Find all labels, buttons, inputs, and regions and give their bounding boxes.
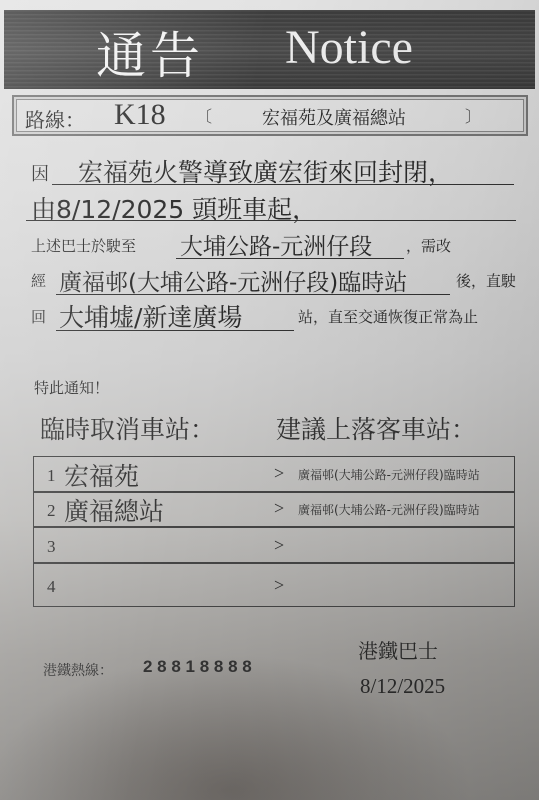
row-4-number: 4 <box>47 577 56 597</box>
line2-underline <box>26 220 516 221</box>
notice-title-zh: 通告 <box>96 16 204 88</box>
line5-location: 大埔墟/新達廣場 <box>59 298 242 334</box>
notice-header-bar <box>4 10 535 89</box>
line4-suffix: 後，直駛 <box>456 270 516 291</box>
line4-prefix: 經 <box>31 270 46 291</box>
row-1-number: 1 <box>47 466 56 486</box>
row-4-arrow: > <box>274 575 284 596</box>
line1-prefix: 因 <box>31 160 49 186</box>
line3-suffix: ，需改 <box>406 235 451 256</box>
line5-prefix: 回 <box>31 306 46 327</box>
route-destination: 宏福苑及廣福總站 <box>262 104 406 130</box>
line3-prefix: 上述巴士於駛至 <box>31 235 136 256</box>
hotline-label: 港鐵熱線： <box>43 660 113 680</box>
row-2-alternative-stop: 廣福邨(大埔公路-元洲仔段)臨時站 <box>298 501 480 518</box>
cancelled-stops-heading: 臨時取消車站： <box>40 410 215 446</box>
route-bracket-close: 〕 <box>465 104 481 127</box>
line4-location: 廣福邨(大埔公路-元洲仔段)臨時站 <box>59 264 407 297</box>
row-divider <box>33 562 515 564</box>
row-2-arrow: > <box>274 498 284 519</box>
row-1-cancelled-stop: 宏福苑 <box>64 457 139 493</box>
line4-underline <box>56 294 450 295</box>
route-number: K18 <box>114 98 166 132</box>
route-label: 路線： <box>25 104 85 133</box>
notice-title-en: Notice <box>285 20 413 75</box>
line5-underline <box>56 330 294 331</box>
route-bracket-open: 〔 <box>196 104 212 127</box>
row-2-number: 2 <box>47 501 56 521</box>
line3-underline <box>176 258 404 259</box>
issuer-name: 港鐵巴士 <box>358 635 438 664</box>
issue-date: 8/12/2025 <box>360 674 445 699</box>
row-1-alternative-stop: 廣福邨(大埔公路-元洲仔段)臨時站 <box>298 466 480 483</box>
notice-closing: 特此通知！ <box>34 377 109 398</box>
row-2-cancelled-stop: 廣福總站 <box>64 492 164 528</box>
row-3-number: 3 <box>47 537 56 557</box>
row-3-arrow: > <box>274 535 284 556</box>
line5-suffix: 站，直至交通恢復正常為止 <box>298 306 478 327</box>
hotline-number: 2 8 8 1 8 8 8 8 <box>143 657 252 677</box>
suggested-stops-heading: 建議上落客車站： <box>276 410 476 446</box>
line3-location: 大埔公路-元洲仔段 <box>180 228 372 261</box>
line1-underline <box>52 184 514 185</box>
row-1-arrow: > <box>274 463 284 484</box>
